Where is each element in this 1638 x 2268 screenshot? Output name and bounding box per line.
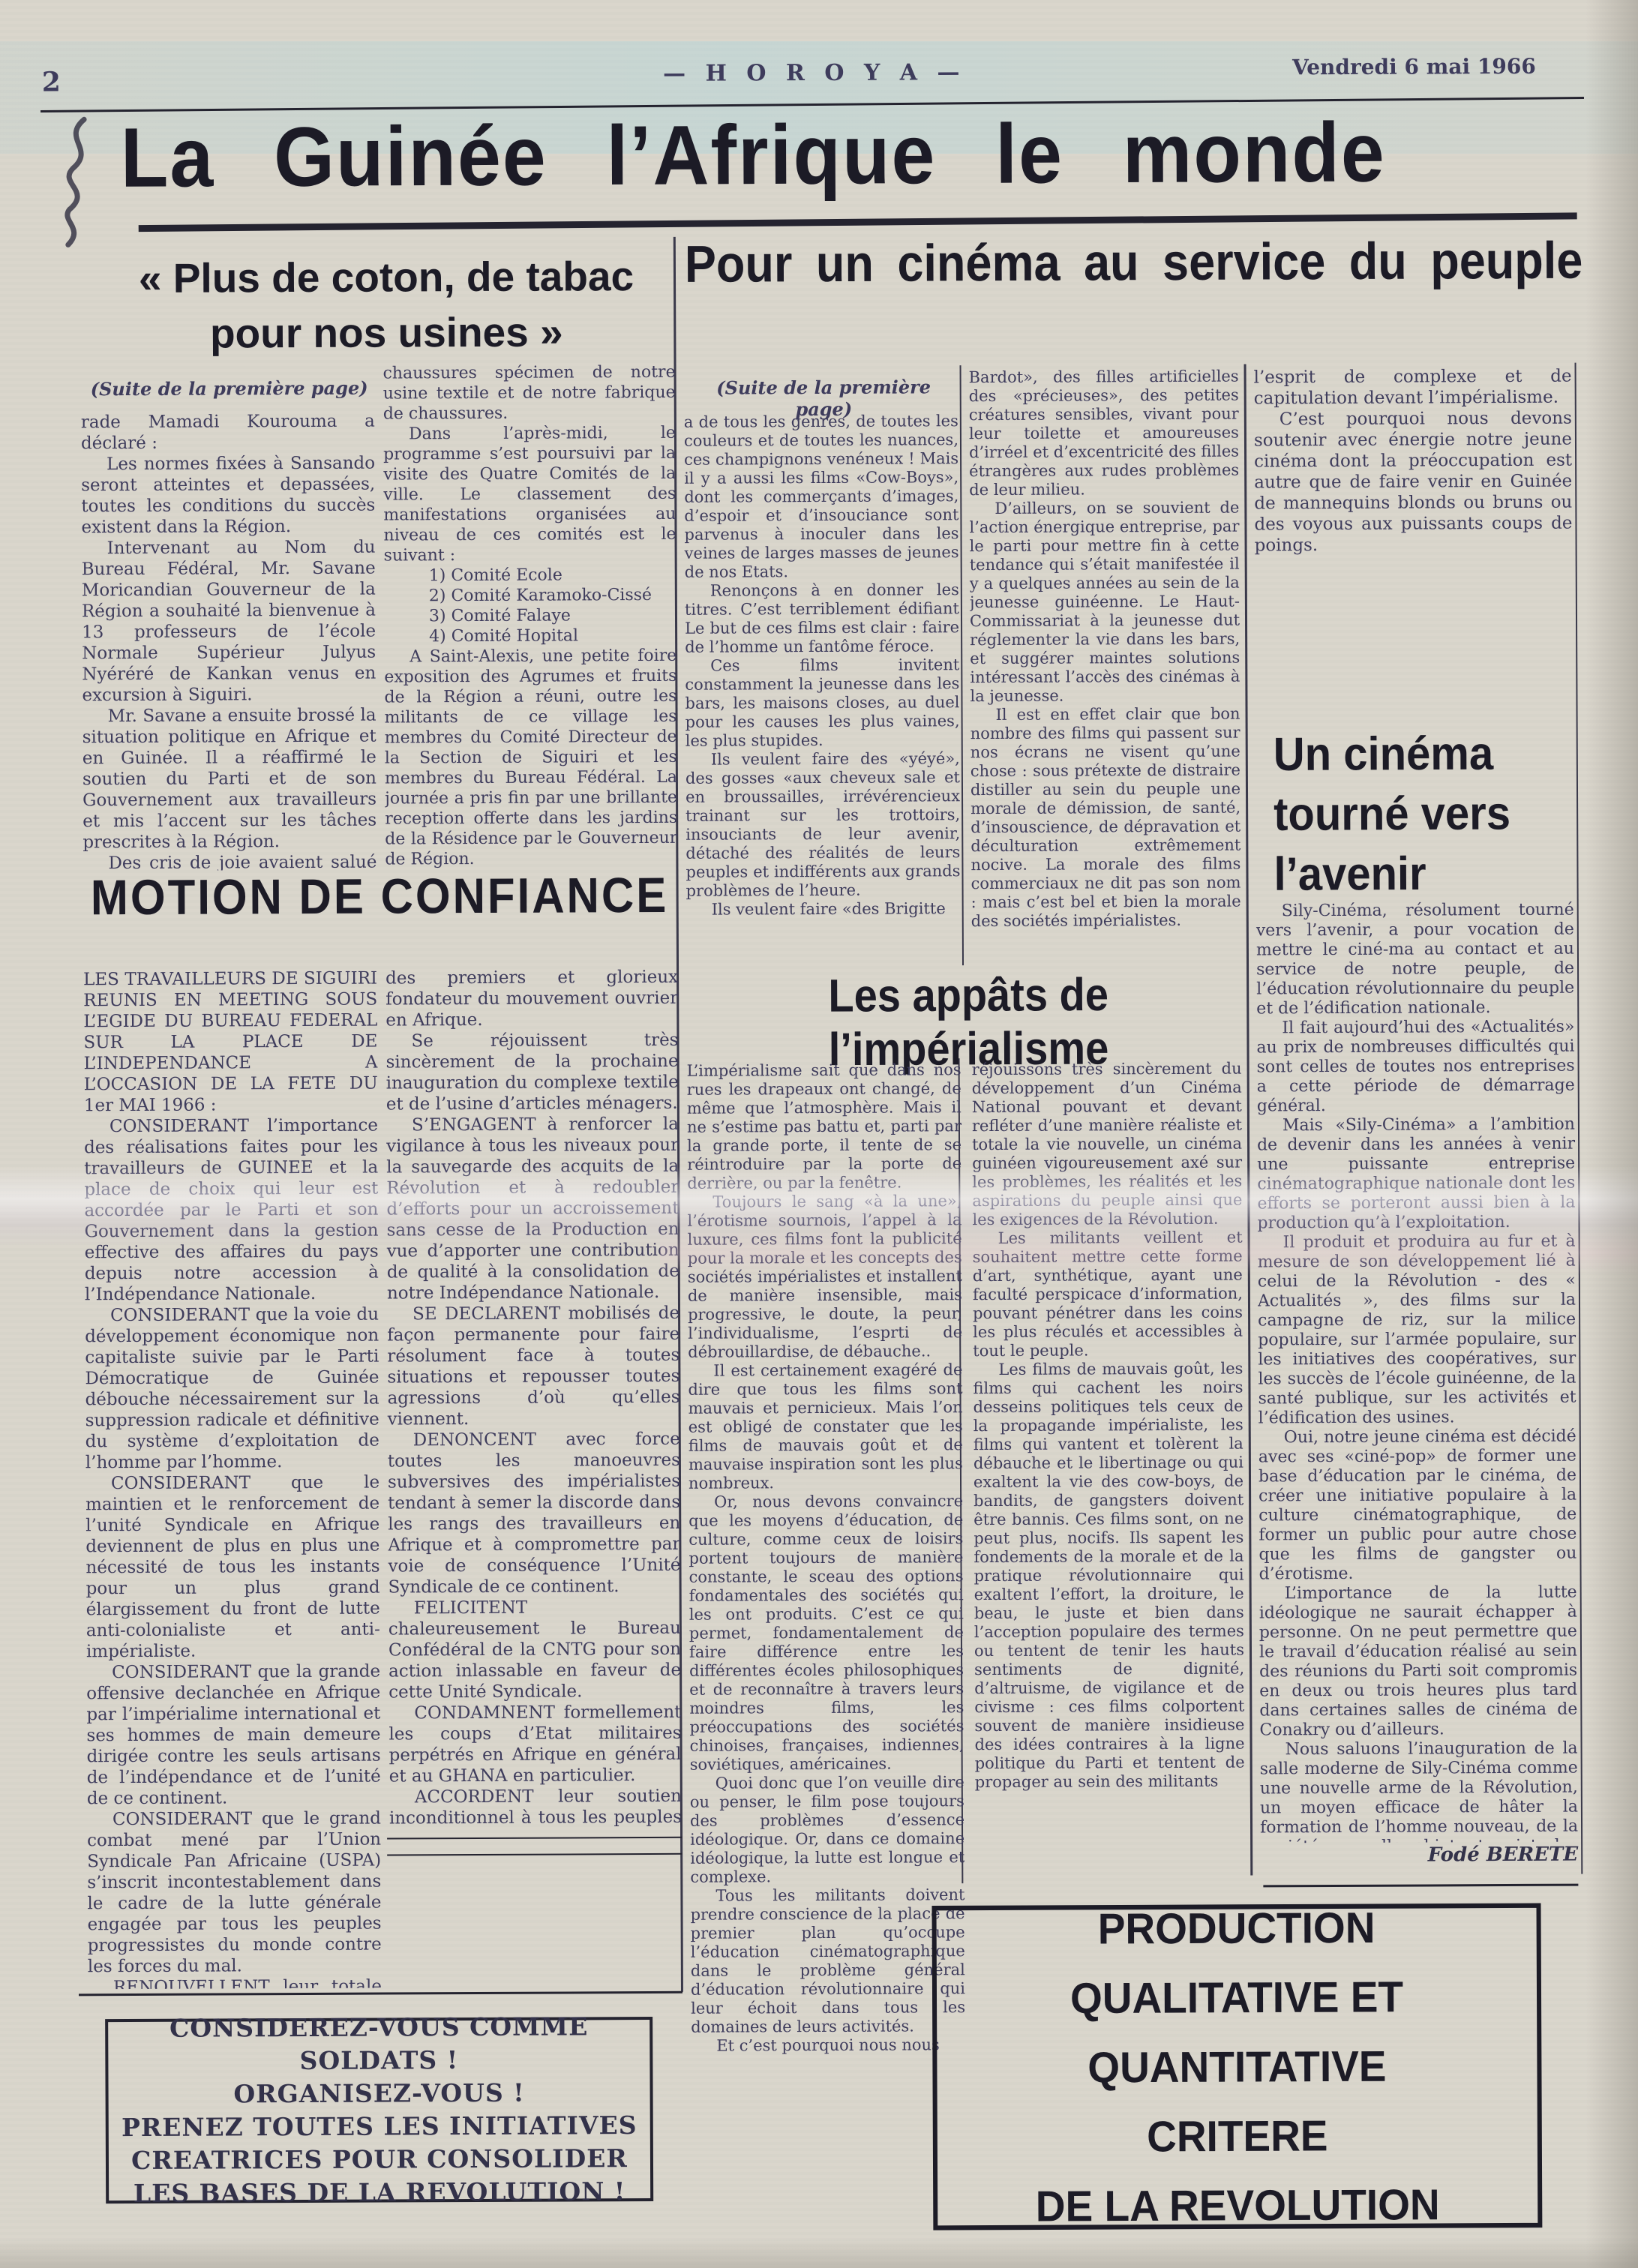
paragraph: Il produit et produira au fur et à mesur… — [1258, 1232, 1576, 1429]
slogan-line: LES BASES DE LA REVOLUTION ! — [109, 2175, 650, 2210]
ink-scribble — [54, 115, 107, 250]
cinema-headline: Pour un cinéma au service du peuple — [685, 231, 1577, 294]
article-motion: MOTION DE CONFIANCE LES TRAVAILLEURS DE … — [0, 0, 1633, 4]
coton-column-2: chaussures spécimen de notre usine texti… — [383, 362, 678, 871]
production-line: DE LA REVOLUTION — [937, 2169, 1537, 2241]
paragraph: Il fait aujourd’hui des «Actualités» au … — [1256, 1018, 1575, 1117]
paragraph: Les normes fixées à Sansando seront atte… — [81, 453, 375, 538]
paragraph: A Saint-Alexis, une petite foire exposit… — [384, 646, 677, 870]
divider-cin-col2-col3 — [1244, 364, 1253, 1876]
paragraph: rade Mamadi Kourouma a déclaré : — [81, 411, 375, 454]
paragraph: Il est certainement exagéré de dire que … — [688, 1360, 963, 1493]
continuation-note: (Suite de la première page) — [87, 377, 372, 400]
paragraph: Dans l’après-midi, le programme s’est po… — [383, 423, 676, 566]
byline: Fodé BERETE — [1260, 1843, 1578, 1867]
production-line: PRODUCTION — [936, 1892, 1536, 1964]
paragraph: Ils veulent faire des «yéyé», des gosses… — [685, 749, 961, 901]
paragraph: Ces films invitent constamment la jeunes… — [685, 655, 960, 751]
paragraph: CONSIDERANT que la voie du développement… — [85, 1304, 379, 1474]
paragraph: Bardot», des filles artificielles des «p… — [969, 367, 1240, 500]
slogan-line: CONSIDEREZ-VOUS COMME SOLDATS ! — [108, 2010, 649, 2078]
issue-date: Vendredi 6 mai 1966 — [1292, 54, 1536, 79]
cinema-column-3-bottom: Sily-Cinéma, résolument tourné vers l’av… — [1256, 901, 1578, 1843]
article-cinema: Pour un cinéma au service du peuple (Sui… — [0, 0, 1633, 4]
paragraph: Intervenant au Nom du Bureau Fédéral, Mr… — [82, 537, 376, 706]
cinema-column-2: Bardot», des filles artificielles des «p… — [969, 367, 1241, 967]
paragraph: CONSIDERANT l’importance des réalisation… — [84, 1115, 379, 1306]
paragraph: CONSIDERANT que le maintien et le renfor… — [85, 1472, 380, 1663]
motion-end-rule-1 — [387, 1837, 682, 1840]
cinema-subheadline: Un cinéma tourné vers l’avenir — [1273, 724, 1589, 905]
motion-end-rule-2 — [387, 1853, 682, 1856]
cinema-column-1: a de tous les genres, de toutes les coul… — [684, 412, 961, 968]
paragraph: Les films de mauvais goût, les films qui… — [973, 1360, 1245, 1792]
comite-list-item: 4) Comité Hopital — [384, 625, 676, 647]
article-appats: Les appâts de l’impérialisme L’impériali… — [0, 0, 1633, 4]
paragraph: L’impérialisme sait que dans nos rues le… — [687, 1060, 962, 1193]
paragraph: Mr. Savane a ensuite brossé la situation… — [82, 705, 377, 853]
main-headline-rule — [139, 212, 1577, 232]
paragraph: S’ENGAGENT à renforcer la vigilance à to… — [386, 1114, 679, 1304]
cinema-subheadline-line2: tourné vers l’avenir — [1273, 784, 1589, 905]
motion-column-2: des premiers et glorieux fondateur du mo… — [385, 967, 682, 1831]
paragraph: Nous saluons l’inauguration de la salle … — [1260, 1739, 1579, 1843]
slogan-box: CONSIDEREZ-VOUS COMME SOLDATS ! ORGANISE… — [105, 2017, 653, 2203]
coton-headline-line2: pour nos usines » — [94, 304, 679, 361]
production-line: QUALITATIVE ET QUANTITATIVE — [937, 1961, 1537, 2102]
comite-list-item: 3) Comité Falaye — [384, 605, 676, 627]
appats-column-1: L’impérialisme sait que dans nos rues le… — [687, 1060, 966, 2176]
paragraph: CONDAMNENT formellement les coups d’Etat… — [388, 1702, 681, 1787]
paragraph: CONSIDERANT que la grande offensive decl… — [86, 1661, 381, 1810]
page-content: 2 — H O R O Y A — Vendredi 6 mai 1966 La… — [0, 0, 1638, 2268]
paragraph: Se réjouissent très sincèrement de la pr… — [385, 1030, 678, 1115]
paragraph: Or, nous devons convaincre que les moyen… — [688, 1492, 964, 1774]
paragraph: Les militants veillent et souhaitent met… — [973, 1228, 1243, 1361]
production-box: PRODUCTION QUALITATIVE ET QUANTITATIVE C… — [931, 1903, 1542, 2230]
paragraph: réjouissons très sincèrement du développ… — [972, 1060, 1243, 1230]
motion-column-1: LES TRAVAILLEURS DE SIGUIRI REUNIS EN ME… — [83, 968, 382, 1990]
coton-column-1: rade Mamadi Kourouma a déclaré : Les nor… — [81, 411, 377, 871]
paragraph: Tous les militants doivent prendre consc… — [690, 1885, 965, 2037]
paragraph: RENOUVELLENT leur totale confiance au Pa… — [88, 1976, 382, 1990]
paragraph: Il est en effet clair que bon nombre des… — [970, 705, 1241, 931]
left-section-bottom-rule — [79, 1991, 682, 1996]
paragraph: chaussures spécimen de notre usine texti… — [383, 362, 676, 424]
paragraph: DENONCENT avec force toutes les manoeuvr… — [388, 1429, 681, 1598]
main-headline: La Guinée l’Afrique le monde — [108, 105, 1399, 207]
paragraph: l’esprit de complexe et de capitulation … — [1254, 366, 1572, 409]
paragraph: LES TRAVAILLEURS DE SIGUIRI REUNIS EN ME… — [83, 968, 378, 1117]
paragraph: a de tous les genres, de toutes les coul… — [684, 412, 959, 582]
slogan-line: PRENEZ TOUTES LES INITIATIVES — [109, 2109, 650, 2144]
cinema-column-3-top: l’esprit de complexe et de capitulation … — [1254, 366, 1573, 720]
paragraph: Toujours le sang «à la une», l’érotisme … — [687, 1192, 962, 1362]
slogan-line: ORGANISEZ-VOUS ! — [108, 2076, 649, 2111]
coton-headline-line1: « Plus de coton, de tabac — [94, 248, 679, 306]
paragraph: L’importance de la lutte idéologique ne … — [1259, 1583, 1578, 1741]
coton-headline: « Plus de coton, de tabac pour nos usine… — [94, 248, 679, 361]
paragraph: des premiers et glorieux fondateur du mo… — [385, 967, 678, 1031]
slogan-line: CREATRICES POUR CONSOLIDER — [109, 2142, 650, 2177]
paragraph: ACCORDENT leur soutien inconditionnel à … — [389, 1786, 682, 1831]
comite-list-item: 2) Comité Karamoko-Cissé — [384, 585, 676, 607]
appats-column-2: réjouissons très sincèrement du développ… — [972, 1060, 1246, 1882]
paragraph: Quoi donc que l’on veuille dire ou pense… — [690, 1773, 965, 1887]
paragraph: Et c’est pourquoi nous nous — [691, 2035, 965, 2056]
cinema-end-rule — [1263, 1884, 1578, 1888]
comite-list-item: 1) Comité Ecole — [384, 565, 676, 586]
paragraph: SE DECLARENT mobilisés de façon permanen… — [387, 1303, 680, 1430]
paragraph: FELICITENT chaleureusement le Bureau Con… — [388, 1597, 682, 1703]
paragraph: CONSIDERANT que le grand combat mené par… — [87, 1808, 382, 1978]
paragraph: Renonçons à en donner les titres. C’est … — [685, 580, 959, 657]
paragraph: Oui, notre jeune cinéma est décidé avec … — [1258, 1427, 1577, 1585]
paragraph: C’est pourquoi nous devons soutenir avec… — [1254, 408, 1573, 556]
production-line: CRITERE — [937, 2100, 1537, 2172]
article-coton: « Plus de coton, de tabac pour nos usine… — [0, 0, 1633, 4]
paragraph: D’ailleurs, on se souvient de l’action é… — [969, 499, 1240, 706]
motion-headline: MOTION DE CONFIANCE — [81, 866, 677, 925]
paragraph: Ils veulent faire «des Brigitte — [686, 899, 961, 919]
newspaper-page: 2 — H O R O Y A — Vendredi 6 mai 1966 La… — [0, 0, 1638, 2268]
paragraph: Sily-Cinéma, résolument tourné vers l’av… — [1256, 901, 1575, 1019]
cinema-subheadline-line1: Un cinéma — [1273, 724, 1588, 785]
paragraph: Mais «Sily-Cinéma» a l’ambition de deven… — [1257, 1115, 1576, 1234]
